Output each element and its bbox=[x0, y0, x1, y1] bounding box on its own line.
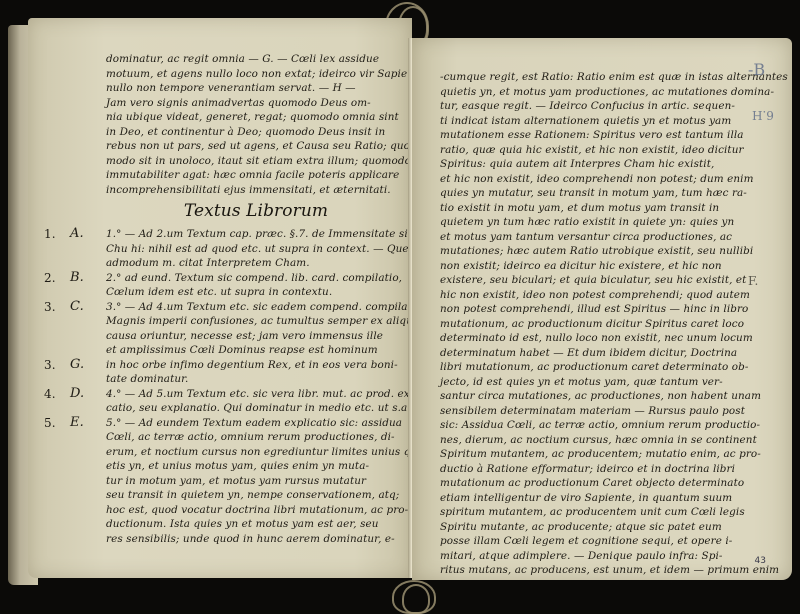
text-line: tate dominatur. bbox=[106, 372, 406, 387]
text-line: ductionum. Ista quies yn et motus yam es… bbox=[106, 517, 406, 532]
entry-number: 1. bbox=[44, 227, 68, 242]
entry-number: 5. bbox=[44, 416, 68, 431]
entry-number: 3. bbox=[44, 358, 68, 373]
text-line: non existit; ideirco ea dicitur hic exis… bbox=[440, 259, 740, 274]
left-page: dominatur, ac regit omnia — G. — Cœli le… bbox=[28, 18, 412, 578]
entry-letter: C. bbox=[70, 300, 94, 315]
text-line: Cœli, ac terræ actio, omnium rerum produ… bbox=[106, 430, 406, 445]
section-heading: Textus Librorum bbox=[106, 199, 406, 223]
text-line: 1.° — Ad 2.um Textum cap. præc. §.7. de … bbox=[106, 227, 406, 242]
text-line: mutationes; hæc autem Ratio utrobique ex… bbox=[440, 244, 740, 259]
text-line: tio existit in motu yam, et dum motus ya… bbox=[440, 201, 740, 216]
text-line: et amplissimus Cœli Dominus reapse est h… bbox=[106, 343, 406, 358]
entry-letter: D. bbox=[70, 387, 94, 402]
text-line: Spiritu mutante, ac producente; atque si… bbox=[440, 520, 740, 535]
text-line: mutationum ac productionum Caret objecto… bbox=[440, 476, 740, 491]
text-line: et motus yam tantum versantur circa prod… bbox=[440, 230, 740, 245]
text-line: mutationum, ac productionum dicitur Spir… bbox=[440, 317, 740, 332]
left-page-text: dominatur, ac regit omnia — G. — Cœli le… bbox=[106, 52, 406, 546]
entry-letter: G. bbox=[70, 358, 94, 373]
text-line: Spiritum mutantem, ac producentem; mutat… bbox=[440, 447, 740, 462]
text-line: res sensibilis; unde quod in hunc aerem … bbox=[106, 532, 406, 547]
textus-entry-3g: 3. G. in hoc orbe infimo degentium Rex, … bbox=[106, 358, 406, 387]
margin-note-pencil-b: -B bbox=[748, 60, 765, 79]
text-line: nes, dierum, ac noctium cursus, hæc omni… bbox=[440, 433, 740, 448]
text-line: ritus mutans, ac producens, est unum, et… bbox=[440, 563, 740, 578]
text-line: incomprehensibilitati ejus immensitati, … bbox=[106, 183, 406, 198]
entry-number: 3. bbox=[44, 300, 68, 315]
text-line: hic non existit, ideo non potest compreh… bbox=[440, 288, 740, 303]
text-line: Chu hi: nihil est ad quod etc. ut supra … bbox=[106, 242, 406, 257]
text-line: immutabiliter agat: hæc omnia facile pot… bbox=[106, 168, 406, 183]
text-line: etiam intelligentur de viro Sapiente, in… bbox=[440, 491, 740, 506]
entry-letter: B. bbox=[70, 271, 94, 286]
text-line: tur, easque regit. — Ideirco Confucius i… bbox=[440, 99, 740, 114]
text-line: 4.° — Ad 5.um Textum etc. sic vera libr.… bbox=[106, 387, 406, 402]
text-line: determinato id est, nullo loco non exist… bbox=[440, 331, 740, 346]
text-line: mutationem esse Rationem: Spiritus vero … bbox=[440, 128, 740, 143]
text-line: ti indicat istam alternationem quietis y… bbox=[440, 114, 740, 129]
text-line: hoc est, quod vocatur doctrina libri mut… bbox=[106, 503, 406, 518]
text-line: ratio, quæ quia hic existit, et hic non … bbox=[440, 143, 740, 158]
textus-entry-1: 1. A. 1.° — Ad 2.um Textum cap. præc. §.… bbox=[106, 227, 406, 271]
text-line: quietis yn, et motus yam productiones, a… bbox=[440, 85, 740, 100]
margin-note-inverted: 6.H bbox=[752, 108, 774, 122]
entry-number: 4. bbox=[44, 387, 68, 402]
textus-entry-4: 4. D. 4.° — Ad 5.um Textum etc. sic vera… bbox=[106, 387, 406, 416]
text-line: nullo non tempore venerantiam servat. — … bbox=[106, 81, 406, 96]
textus-entry-3: 3. C. 3.° — Ad 4.um Textum etc. sic eade… bbox=[106, 300, 406, 358]
right-page: -cumque regit, est Ratio: Ratio enim est… bbox=[412, 38, 792, 580]
text-line: 3.° — Ad 4.um Textum etc. sic eadem comp… bbox=[106, 300, 406, 315]
text-line: ductio à Ratione efformatur; ideirco et … bbox=[440, 462, 740, 477]
text-line: dominatur, ac regit omnia — G. — Cœli le… bbox=[106, 52, 406, 67]
textus-entry-2: 2. B. 2.° ad eund. Textum sic compend. l… bbox=[106, 271, 406, 300]
text-line: libri mutationum, ac productionum caret … bbox=[440, 360, 740, 375]
manuscript-viewer: dominatur, ac regit omnia — G. — Cœli le… bbox=[0, 0, 800, 614]
text-line: Magnis imperii confusiones, ac tumultus … bbox=[106, 314, 406, 329]
text-line: 5.° — Ad eundem Textum eadem explicatio … bbox=[106, 416, 406, 431]
text-line: etis yn, et unius motus yam, quies enim … bbox=[106, 459, 406, 474]
text-line: catio, seu explanatio. Qui dominatur in … bbox=[106, 401, 406, 416]
text-line: non potest comprehendi, illud est Spirit… bbox=[440, 302, 740, 317]
text-line: mitari, atque adimplere. — Denique paulo… bbox=[440, 549, 740, 564]
text-line: existere, seu biculari; et quia biculatu… bbox=[440, 273, 740, 288]
text-line: jecto, id est quies yn et motus yam, quæ… bbox=[440, 375, 740, 390]
entry-letter: A. bbox=[70, 227, 94, 242]
text-line: tur in motum yam, et motus yam rursus mu… bbox=[106, 474, 406, 489]
text-line: posse illam Cœli legem et cognitione seq… bbox=[440, 534, 740, 549]
text-line: spiritum mutantem, ac producentem unit c… bbox=[440, 505, 740, 520]
textus-entry-5: 5. E. 5.° — Ad eundem Textum eadem expli… bbox=[106, 416, 406, 547]
text-line: sic: Assidua Cœli, ac terræ actio, omniu… bbox=[440, 418, 740, 433]
text-line: Cœlum idem est etc. ut supra in contextu… bbox=[106, 285, 406, 300]
text-line: seu transit in quietem yn, nempe conserv… bbox=[106, 488, 406, 503]
text-line: in Deo, et continentur à Deo; quomodo De… bbox=[106, 125, 406, 140]
text-line: motuum, et agens nullo loco non extat; i… bbox=[106, 67, 406, 82]
entry-letter: E. bbox=[70, 416, 94, 431]
text-line: et hic non existit, ideo comprehendi non… bbox=[440, 172, 740, 187]
text-line: determinatum habet — Et dum ibidem dicit… bbox=[440, 346, 740, 361]
entry-number: 2. bbox=[44, 271, 68, 286]
text-line: modo sit in unoloco, itaut sit etiam ext… bbox=[106, 154, 406, 169]
text-line: Jam vero signis animadvertas quomodo Deu… bbox=[106, 96, 406, 111]
text-line: admodum m. citat Interpretem Cham. bbox=[106, 256, 406, 271]
text-line: 2.° ad eund. Textum sic compend. lib. ca… bbox=[106, 271, 406, 286]
right-page-text: -cumque regit, est Ratio: Ratio enim est… bbox=[440, 70, 740, 578]
text-line: rebus non ut pars, sed ut agens, et Caus… bbox=[106, 139, 406, 154]
text-line: quies yn mutatur, seu transit in motum y… bbox=[440, 186, 740, 201]
text-line: Spiritus: quia autem ait Interpres Cham … bbox=[440, 157, 740, 172]
text-line: erum, et noctium cursus non egrediuntur … bbox=[106, 445, 406, 460]
binding-thread-bottom-loop bbox=[402, 584, 430, 614]
text-line: causa oriuntur, necesse est; jam vero im… bbox=[106, 329, 406, 344]
text-line: -cumque regit, est Ratio: Ratio enim est… bbox=[440, 70, 740, 85]
text-line: in hoc orbe infimo degentium Rex, et in … bbox=[106, 358, 406, 373]
margin-note-letter-f: F. bbox=[748, 274, 758, 288]
text-line: quietem yn tum hæc ratio existit in quie… bbox=[440, 215, 740, 230]
folio-number: 43 bbox=[755, 556, 766, 566]
text-line: sensibilem determinatam materiam — Rursu… bbox=[440, 404, 740, 419]
text-line: nia ubique videat, generet, regat; quomo… bbox=[106, 110, 406, 125]
text-line: santur circa mutationes, ac productiones… bbox=[440, 389, 740, 404]
